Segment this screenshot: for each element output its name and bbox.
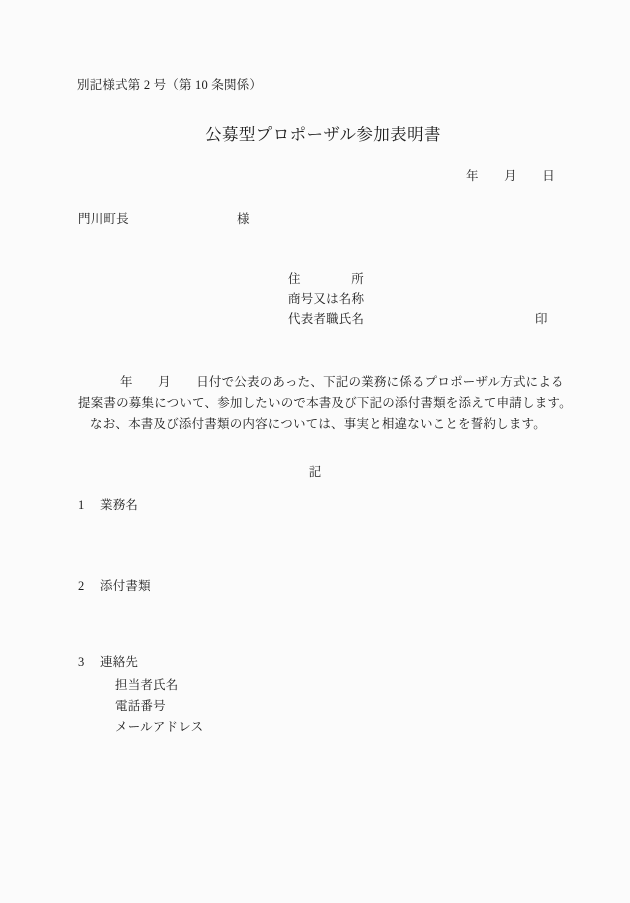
body-line-1: 年 月 日付で公表のあった、下記の業務に係るプロポーザル方式による xyxy=(120,374,564,390)
item-3-label: 連絡先 xyxy=(100,655,138,669)
item-3-number: 3 xyxy=(78,654,100,670)
form-number: 別記様式第 2 号（第 10 条関係） xyxy=(77,77,262,93)
address-label-end: 所 xyxy=(351,271,364,287)
sub-item-email-address: メールアドレス xyxy=(115,719,203,735)
company-name-label: 商号又は名称 xyxy=(288,291,364,307)
addressee-honorific: 様 xyxy=(237,211,250,227)
body-line-2: 提案書の募集について、参加したいので本書及び下記の添付書類を添えて申請します。 xyxy=(78,395,572,411)
date-line: 年 月 日 xyxy=(466,168,555,184)
sub-item-contact-person-name: 担当者氏名 xyxy=(115,677,179,693)
item-1-label: 業務名 xyxy=(100,498,138,512)
representative-name-label: 代表者職氏名 xyxy=(288,311,364,327)
item-1-number: 1 xyxy=(78,497,100,513)
document-title: 公募型プロポーザル参加表明書 xyxy=(8,121,630,145)
sub-item-phone-number: 電話番号 xyxy=(115,698,166,714)
list-item-contact: 3連絡先 xyxy=(78,654,138,670)
seal-mark: 印 xyxy=(535,311,548,327)
item-2-label: 添付書類 xyxy=(100,579,151,593)
item-2-number: 2 xyxy=(78,578,100,594)
address-label: 住所 xyxy=(288,271,364,287)
record-marker: 記 xyxy=(0,462,630,480)
address-label-start: 住 xyxy=(288,271,301,287)
addressee-name: 門川町長 xyxy=(78,211,129,227)
list-item-attached-documents: 2添付書類 xyxy=(78,578,151,594)
body-line-3: なお、本書及び添付書類の内容については、事実と相違ないことを誓約します。 xyxy=(90,416,546,432)
document-page: 別記様式第 2 号（第 10 条関係） 公募型プロポーザル参加表明書 年 月 日… xyxy=(0,0,630,903)
list-item-business-name: 1業務名 xyxy=(78,497,138,513)
